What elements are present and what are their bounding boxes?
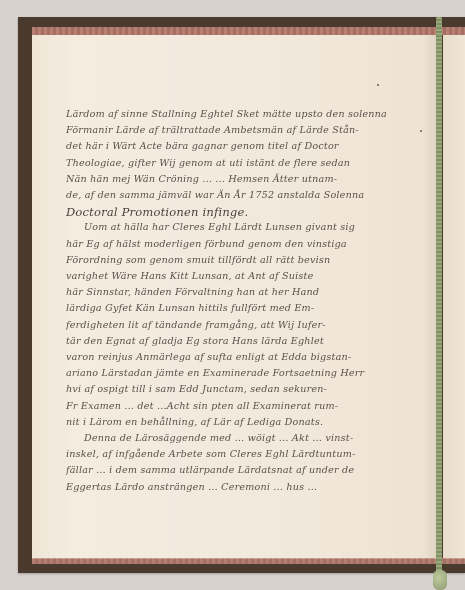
text-line: Fr Examen ... det ...Acht sin pten all E…	[66, 399, 406, 415]
text-line: nit i Lärom en behållning, af Lär af Led…	[66, 415, 406, 431]
gilt-edge-top	[32, 27, 465, 35]
text-line: Förmanir Lärde af trältrattade Ambetsmän…	[66, 123, 406, 139]
text-line: Nän hän mej Wän Cröning ... ... Hemsen Ä…	[66, 172, 406, 188]
text-line: Lärdom af sinne Stallning Eghtel Sket mä…	[66, 107, 406, 123]
text-line: Denna de Lärosäggende med ... wöigt ... …	[66, 431, 406, 447]
text-line: Theologiae, gifter Wij genom at uti istä…	[66, 156, 406, 172]
text-line: Doctoral Promotionen infinge.	[66, 204, 406, 220]
text-line: varighet Wäre Hans Kitt Lunsan, at Ant a…	[66, 269, 406, 285]
text-line: hvi af ospigt till i sam Edd Junctam, se…	[66, 382, 406, 398]
ink-speck	[420, 130, 422, 132]
facing-page-edge	[443, 35, 465, 559]
text-line: Förordning som genom smuit tillfördt all…	[66, 253, 406, 269]
text-line: de, af den samma jämväl war Än År 1752 a…	[66, 188, 406, 204]
text-line: Eggertas Lärdo ansträngen ... Ceremoni .…	[66, 480, 406, 496]
text-line: fällar ... i dem samma utlärpande Lärdat…	[66, 463, 406, 479]
text-line: varon reinjus Anmärlega af sufta enligt …	[66, 350, 406, 366]
text-line: ariano Lärstadan jämte en Examinerade Fo…	[66, 366, 406, 382]
text-line: lärdiga Gyfet Kän Lunsan hittils fullför…	[66, 301, 406, 317]
bookmark-ribbon-knot	[433, 570, 447, 590]
ink-speck	[377, 84, 379, 86]
text-line: Uom at hälla har Cleres Eghl Lärdt Lunse…	[66, 220, 406, 236]
text-line: tär den Egnat af gladja Eg stora Hans lä…	[66, 334, 406, 350]
text-line: ferdigheten lit af tändande framgång, at…	[66, 318, 406, 334]
manuscript-text: Lärdom af sinne Stallning Eghtel Sket mä…	[66, 107, 406, 496]
text-line: här Eg af hälst moderligen förbund genom…	[66, 237, 406, 253]
gilt-edge-bottom	[32, 558, 465, 564]
text-line: det här i Wärt Acte bära gagnar genom ti…	[66, 139, 406, 155]
text-line: här Sinnstar, händen Förvaltning han at …	[66, 285, 406, 301]
text-line: inskel, af infgående Arbete som Cleres E…	[66, 447, 406, 463]
bookmark-ribbon[interactable]	[436, 17, 442, 577]
